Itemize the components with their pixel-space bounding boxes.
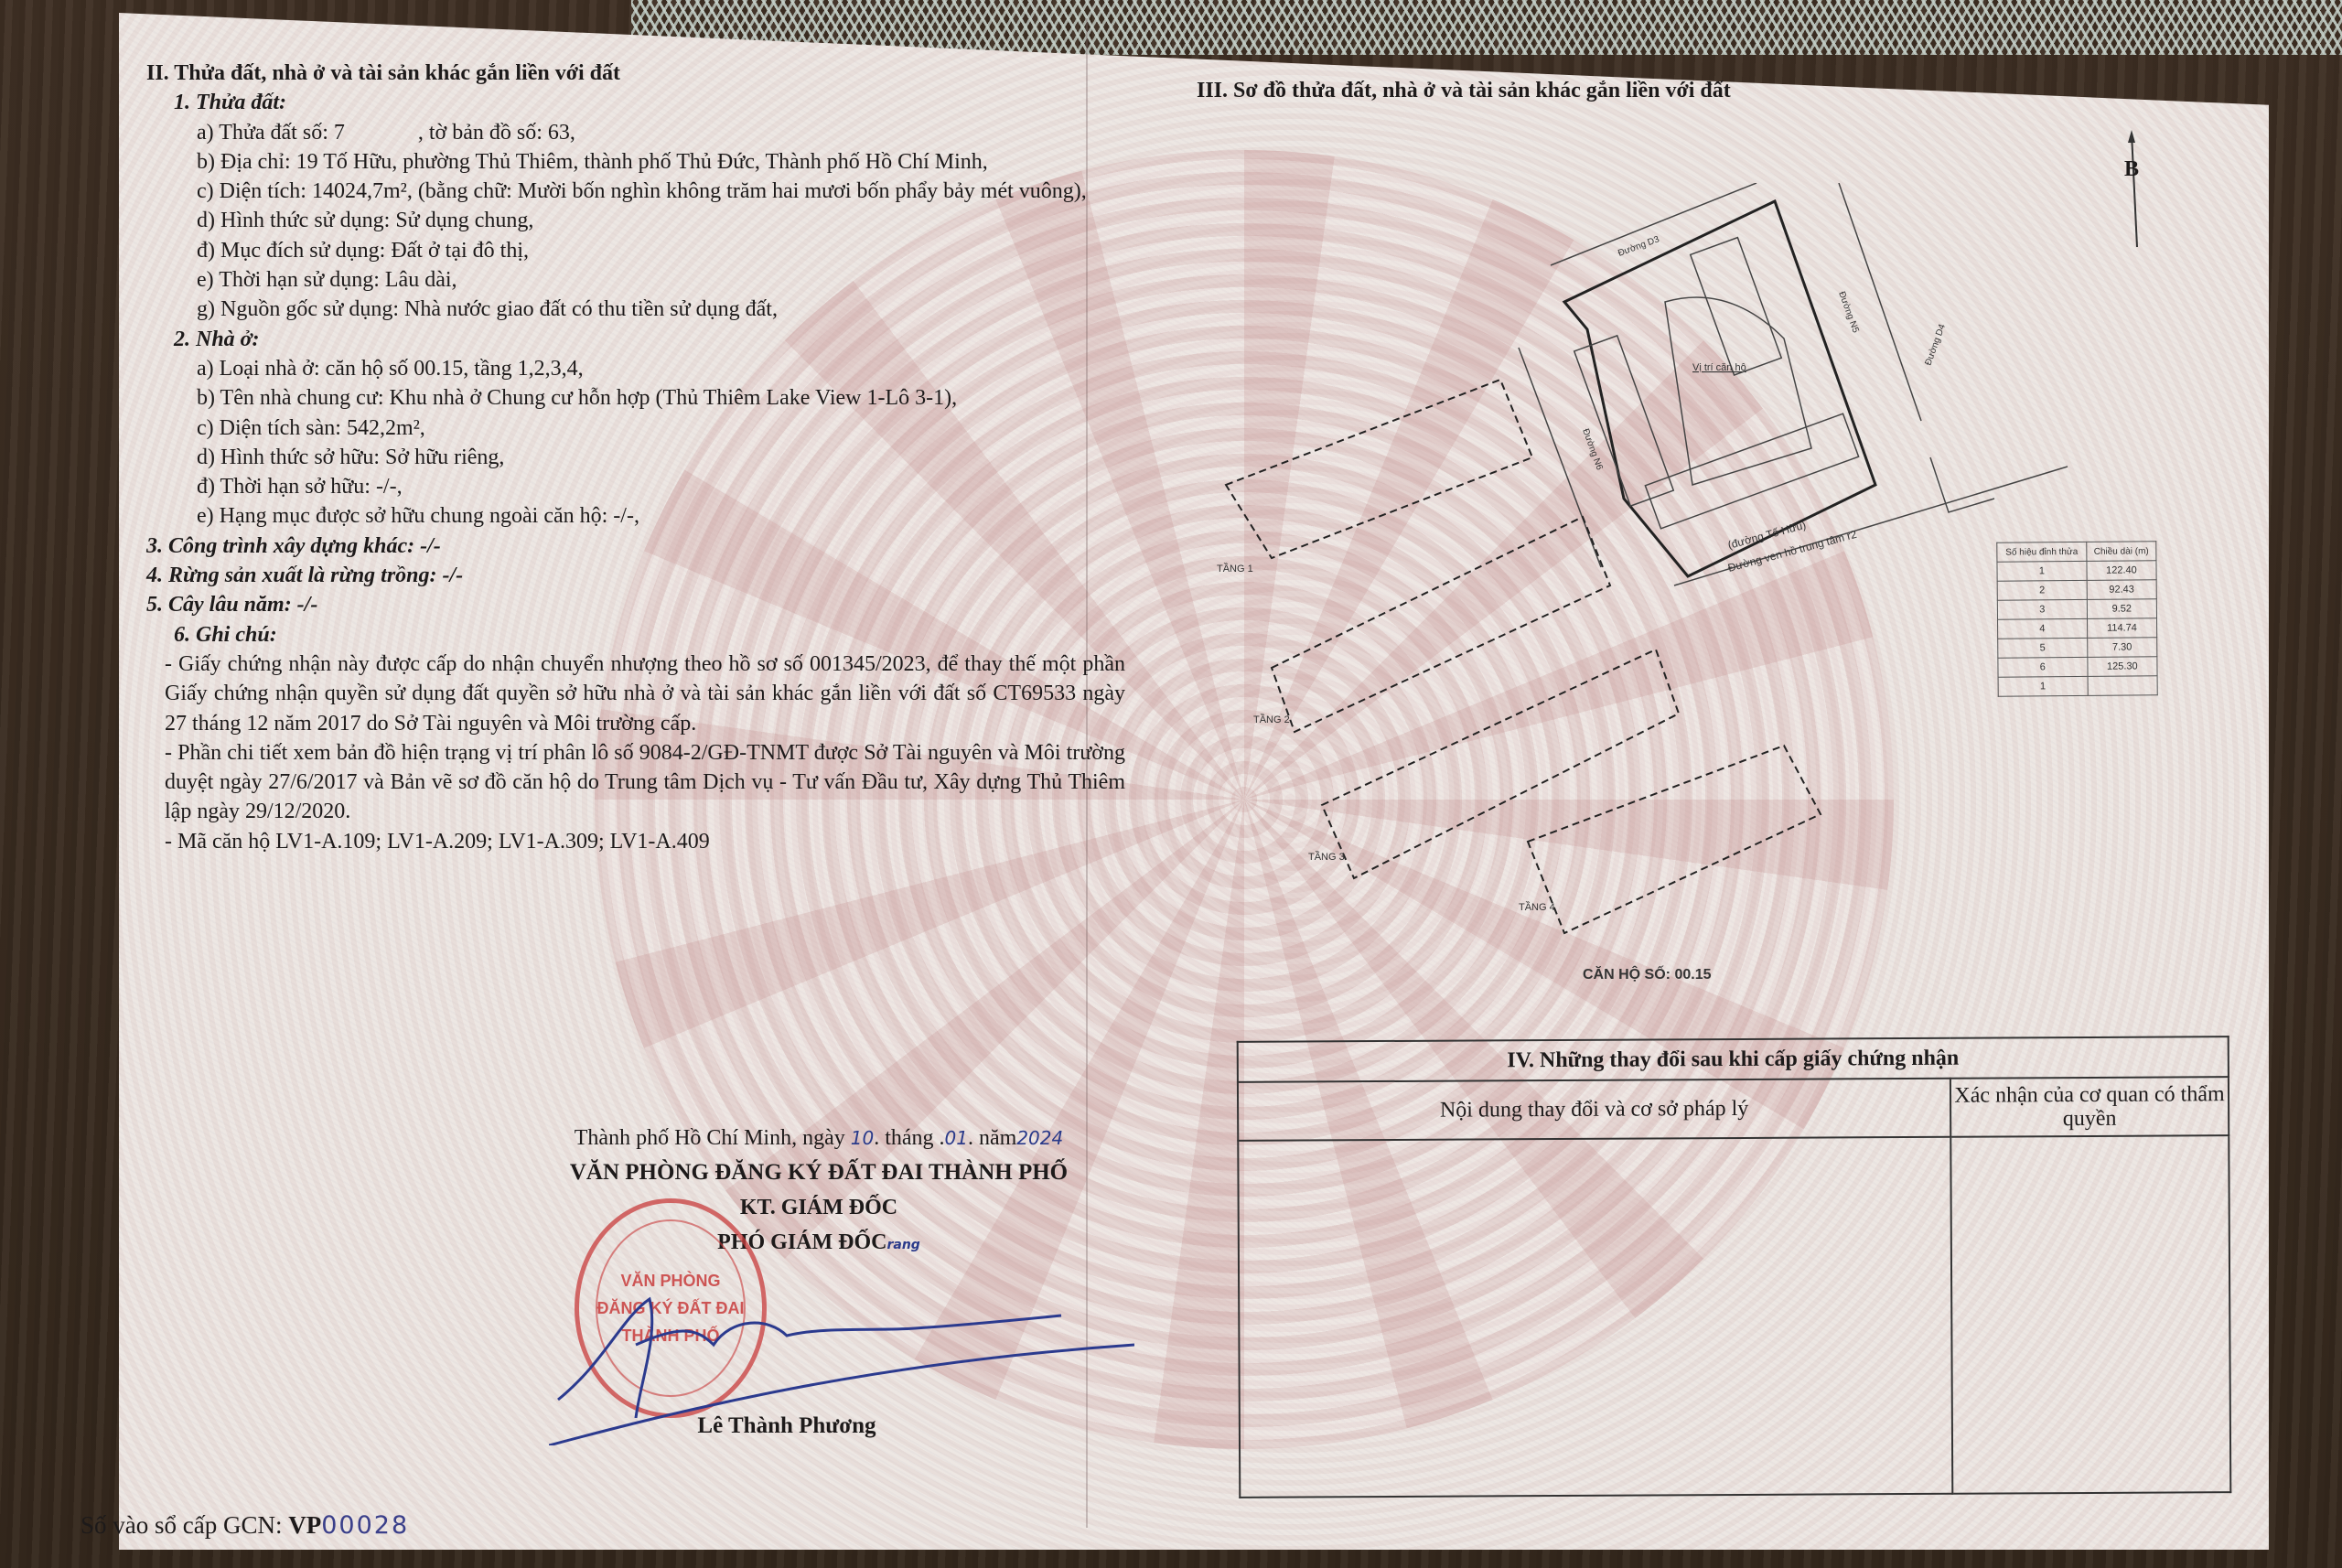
common-items: e) Hạng mục được sở hữu chung ngoài căn … [146,501,1125,531]
section-3-title: III. Sơ đồ thửa đất, nhà ở và tài sản kh… [1197,79,1731,103]
vertex-row: 1 [1998,676,2157,697]
segment-length: 122.40 [2087,561,2156,581]
use-origin: g) Nguồn gốc sử dụng: Nhà nước giao đất … [146,295,1125,324]
note-1: - Giấy chứng nhận này được cấp do nhận c… [146,650,1125,738]
month-handwritten: 01 [945,1127,968,1149]
segment-length: 114.74 [2087,618,2156,639]
section-4-title: IV. Những thay đổi sau khi cấp giấy chứn… [1238,1036,2229,1082]
site-plan-diagram: Đường D3 Đường N5 Đường D4 Đường N6 (đườ… [1217,183,2086,1006]
signature-block: Thành phố Hồ Chí Minh, ngày 10. tháng .0… [462,1121,1176,1262]
vertex-id: 3 [1997,599,2087,619]
note-2: - Phần chi tiết xem bản đồ hiện trạng vị… [146,738,1125,827]
road-d3: Đường D3 [1617,234,1660,259]
building-name: b) Tên nhà chung cư: Khu nhà ở Chung cư … [146,383,1125,413]
signer-name: Lê Thành Phương [604,1413,970,1439]
floor-4-label: TẦNG 4 [1519,901,1555,913]
section-4-changes-table: IV. Những thay đổi sau khi cấp giấy chứn… [1237,1036,2232,1498]
month-label: . tháng . [874,1126,944,1150]
floor-2-label: TẦNG 2 [1253,714,1290,725]
position-title: PHÓ GIÁM ĐỐCrang [462,1225,1176,1262]
registry-number: Số vào sổ cấp GCN: VP00028 [81,1511,409,1540]
use-term: e) Thời hạn sử dụng: Lâu dài, [146,265,1125,295]
house-heading: 2. Nhà ở: [146,325,1125,354]
registry-prefix: VP [288,1511,321,1539]
plot-number-line: a) Thửa đất số: 7, tờ bản đồ số: 63, [146,118,1125,147]
vertex-id: 6 [1998,657,2088,677]
segment-length: 9.52 [2087,599,2156,619]
location-label: Vị trí căn hộ [1692,362,1746,373]
forest: 4. Rừng sản xuất là rừng trồng: -/- [146,561,1125,590]
segment-length: 92.43 [2087,580,2156,600]
section-2-title: II. Thửa đất, nhà ở và tài sản khác gắn … [146,59,1125,88]
authority-confirmation-cell [1950,1135,2230,1494]
vertex-id: 4 [1998,618,2088,639]
land-area: c) Diện tích: 14024,7m², (bằng chữ: Mười… [146,177,1125,206]
authority-confirmation-header: Xác nhận của cơ quan có thẩm quyền [1950,1077,2229,1137]
apartment-number-label: CĂN HỘ SỐ: 00.15 [1583,967,1711,983]
road-d4: Đường D4 [1923,323,1948,367]
place-prefix: Thành phố Hồ Chí Minh, ngày [575,1126,845,1150]
vertex-row: 292.43 [1997,580,2156,601]
vertex-row: 1122.40 [1997,561,2156,582]
house-type: a) Loại nhà ở: căn hộ số 00.15, tầng 1,2… [146,354,1125,383]
address: b) Địa chỉ: 19 Tố Hữu, phường Thủ Thiêm,… [146,147,1125,177]
map-sheet: , tờ bản đồ số: 63, [418,121,575,145]
use-purpose: đ) Mục đích sử dụng: Đất ở tại đô thị, [146,236,1125,265]
vertex-row: 39.52 [1997,599,2156,620]
handwritten-note: rang [886,1238,919,1252]
acting-title: KT. GIÁM ĐỐC [462,1190,1176,1225]
vertex-id: 2 [1997,580,2087,600]
floor-area: c) Diện tích sàn: 542,2m², [146,413,1125,443]
vertex-id: 1 [1998,676,2088,696]
north-label: B [2124,157,2139,182]
north-arrow: B [2124,128,2152,302]
perennial-trees: 5. Cây lâu năm: -/- [146,590,1125,619]
vertex-id: 5 [1998,638,2088,658]
year-label: . năm [968,1126,1016,1150]
floor-1-label: TẦNG 1 [1217,563,1253,575]
road-n5: Đường N5 [1836,290,1861,334]
vertex-row: 4114.74 [1998,618,2157,639]
note-3: - Mã căn hộ LV1-A.109; LV1-A.209; LV1-A.… [146,827,1125,856]
other-works: 3. Công trình xây dựng khác: -/- [146,532,1125,561]
north-arrow-icon [2124,128,2152,302]
registry-label: Số vào sổ cấp GCN: [81,1511,282,1539]
registry-number-handwritten: 00028 [321,1511,409,1540]
section-2-land-house: II. Thửa đất, nhà ở và tài sản khác gắn … [146,59,1125,856]
land-heading: 1. Thửa đất: [146,88,1125,117]
vertex-header: Số hiệu đỉnh thửa [1997,542,2087,562]
road-n6: Đường N6 [1580,427,1605,471]
segment-length: 125.30 [2088,657,2157,677]
plot-number: a) Thửa đất số: 7 [197,121,345,145]
vertex-row: 57.30 [1998,638,2157,659]
length-header: Chiều dài (m) [2087,542,2156,562]
ownership-term: đ) Thời hạn sở hữu: -/-, [146,472,1125,501]
notes-heading: 6. Ghi chú: [146,620,1125,650]
issuing-office: VĂN PHÒNG ĐĂNG KÝ ĐẤT ĐAI THÀNH PHỐ [462,1155,1176,1190]
use-form: d) Hình thức sử dụng: Sử dụng chung, [146,206,1125,235]
segment-length [2088,676,2157,696]
segment-length: 7.30 [2087,638,2156,658]
changes-content-header: Nội dung thay đổi và cơ sở pháp lý [1238,1079,1950,1141]
vertex-id: 1 [1997,561,2087,581]
day-handwritten: 10 [851,1127,874,1149]
vertex-row: 6125.30 [1998,657,2157,678]
ownership-form: d) Hình thức sở hữu: Sở hữu riêng, [146,443,1125,472]
vertex-length-table: Số hiệu đỉnh thửa Chiều dài (m) 1122.402… [1996,541,2157,697]
changes-content-cell [1238,1137,1952,1498]
year-handwritten: 2024 [1016,1127,1063,1149]
issue-date: Thành phố Hồ Chí Minh, ngày 10. tháng .0… [462,1121,1176,1155]
floor-3-label: TẦNG 3 [1308,851,1345,863]
